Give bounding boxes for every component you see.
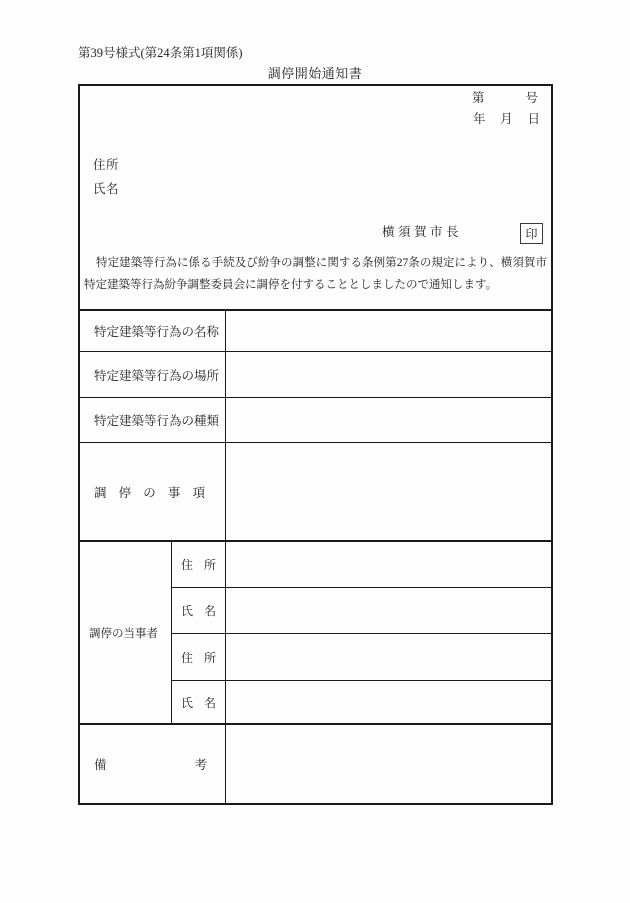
party1-address-label: 住所 (172, 542, 226, 588)
party2-address-value-cell (226, 634, 551, 681)
body-paragraph: 特定建築等行為に係る手続及び紛争の調整に関する条例第27条の規定により、横須賀市… (84, 252, 547, 296)
act-kind-label: 特定建築等行為の種類 (80, 398, 226, 443)
document-title: 調停開始通知書 (0, 66, 630, 81)
recipient-address-label: 住所 (93, 158, 119, 172)
party2-name-value-cell (226, 681, 551, 725)
doc-number-line: 第号 (472, 91, 538, 105)
date-line: 年月日 (473, 112, 540, 126)
form-number-text: 第39号様式(第24条第1項関係) (78, 46, 243, 60)
notice-box: 第号 年月日 住所 氏名 横須賀市長 印 特定建築等行為に係る手続及び紛争の調整… (78, 84, 553, 805)
act-place-value-cell (226, 352, 551, 398)
body-paragraph-line1: 特定建築等行為に係る手続及び紛争の調整に関する条例第27条の規定により、横須賀市 (84, 252, 547, 274)
act-name-value-cell (226, 311, 551, 352)
form-table: 特定建築等行為の名称 特定建築等行為の場所 特定建築等行為の種類 調停の事項 調… (80, 309, 551, 803)
mayor-name: 横須賀市長 (382, 225, 462, 240)
party2-address-label: 住所 (172, 634, 226, 681)
remarks-label: 備考 (80, 725, 226, 803)
mediation-matters-value-cell (226, 443, 551, 542)
remarks-value-cell (226, 725, 551, 803)
party2-name-label: 氏名 (172, 681, 226, 725)
parties-label: 調停の当事者 (80, 542, 172, 725)
party1-name-value-cell (226, 588, 551, 634)
body-paragraph-line2: 特定建築等行為紛争調整委員会に調停を付することとしましたので通知します。 (84, 274, 547, 296)
party1-name-label: 氏名 (172, 588, 226, 634)
recipient-name-label: 氏名 (93, 182, 119, 196)
document-page: 第39号様式(第24条第1項関係) 調停開始通知書 第号 年月日 住所 氏名 横… (0, 0, 630, 903)
mediation-matters-label: 調停の事項 (80, 443, 226, 542)
act-kind-value-cell (226, 398, 551, 443)
act-name-label: 特定建築等行為の名称 (80, 311, 226, 352)
seal-mark: 印 (520, 223, 543, 244)
act-place-label: 特定建築等行為の場所 (80, 352, 226, 398)
party1-address-value-cell (226, 542, 551, 588)
